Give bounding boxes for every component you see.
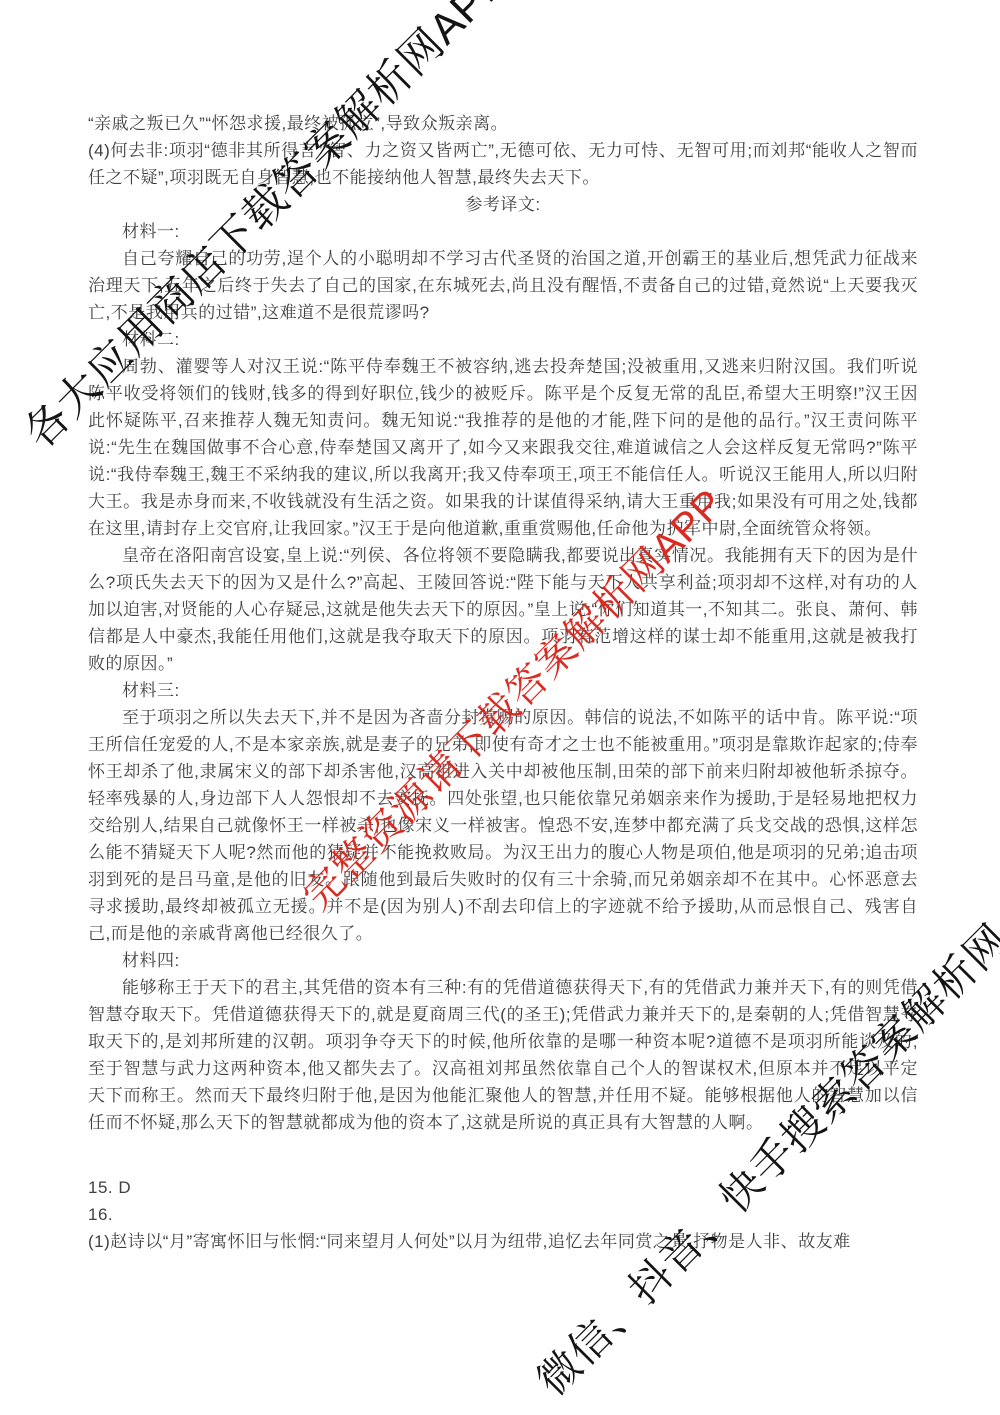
answer-16-part-1: (1)赵诗以“月”寄寓怀旧与怅惘:“同来望月人何处”以月为纽带,追忆去年同赏之景…: [88, 1228, 918, 1255]
answer-16: 16.: [88, 1201, 918, 1228]
answer-point-4: (4)何去非:项羽“德非其所得言”“智、力之资又皆两亡”,无德可依、无力可恃、无…: [88, 137, 918, 191]
material-1-paragraph: 自己夸耀自己的功劳,逞个人的小聪明却不学习古代圣贤的治国之道,开创霸王的基业后,…: [88, 245, 918, 326]
document-page: “亲戚之叛已久”“怀怨求援,最终被孤立”,导致众叛亲离。 (4)何去非:项羽“德…: [0, 0, 1000, 1415]
translation-heading: 参考译文:: [88, 191, 918, 218]
material-2-paragraph-2: 皇帝在洛阳南宫设宴,皇上说:“列侯、各位将领不要隐瞒我,都要说出真实情况。我能拥…: [88, 542, 918, 677]
material-2-label: 材料二:: [88, 326, 918, 353]
material-4-paragraph: 能够称王于天下的君主,其凭借的资本有三种:有的凭借道德获得天下,有的凭借武力兼并…: [88, 974, 918, 1136]
material-1-label: 材料一:: [88, 218, 918, 245]
material-3-paragraph: 至于项羽之所以失去天下,并不是因为吝啬分封赏赐的原因。韩信的说法,不如陈平的话中…: [88, 704, 918, 947]
material-2-paragraph-1: 周勃、灌婴等人对汉王说:“陈平侍奉魏王不被容纳,逃去投奔楚国;没被重用,又逃来归…: [88, 353, 918, 542]
material-4-label: 材料四:: [88, 947, 918, 974]
text-line: “亲戚之叛已久”“怀怨求援,最终被孤立”,导致众叛亲离。: [88, 110, 918, 137]
document-body: “亲戚之叛已久”“怀怨求援,最终被孤立”,导致众叛亲离。 (4)何去非:项羽“德…: [88, 110, 918, 1255]
answer-15: 15. D: [88, 1174, 918, 1201]
material-3-label: 材料三:: [88, 677, 918, 704]
